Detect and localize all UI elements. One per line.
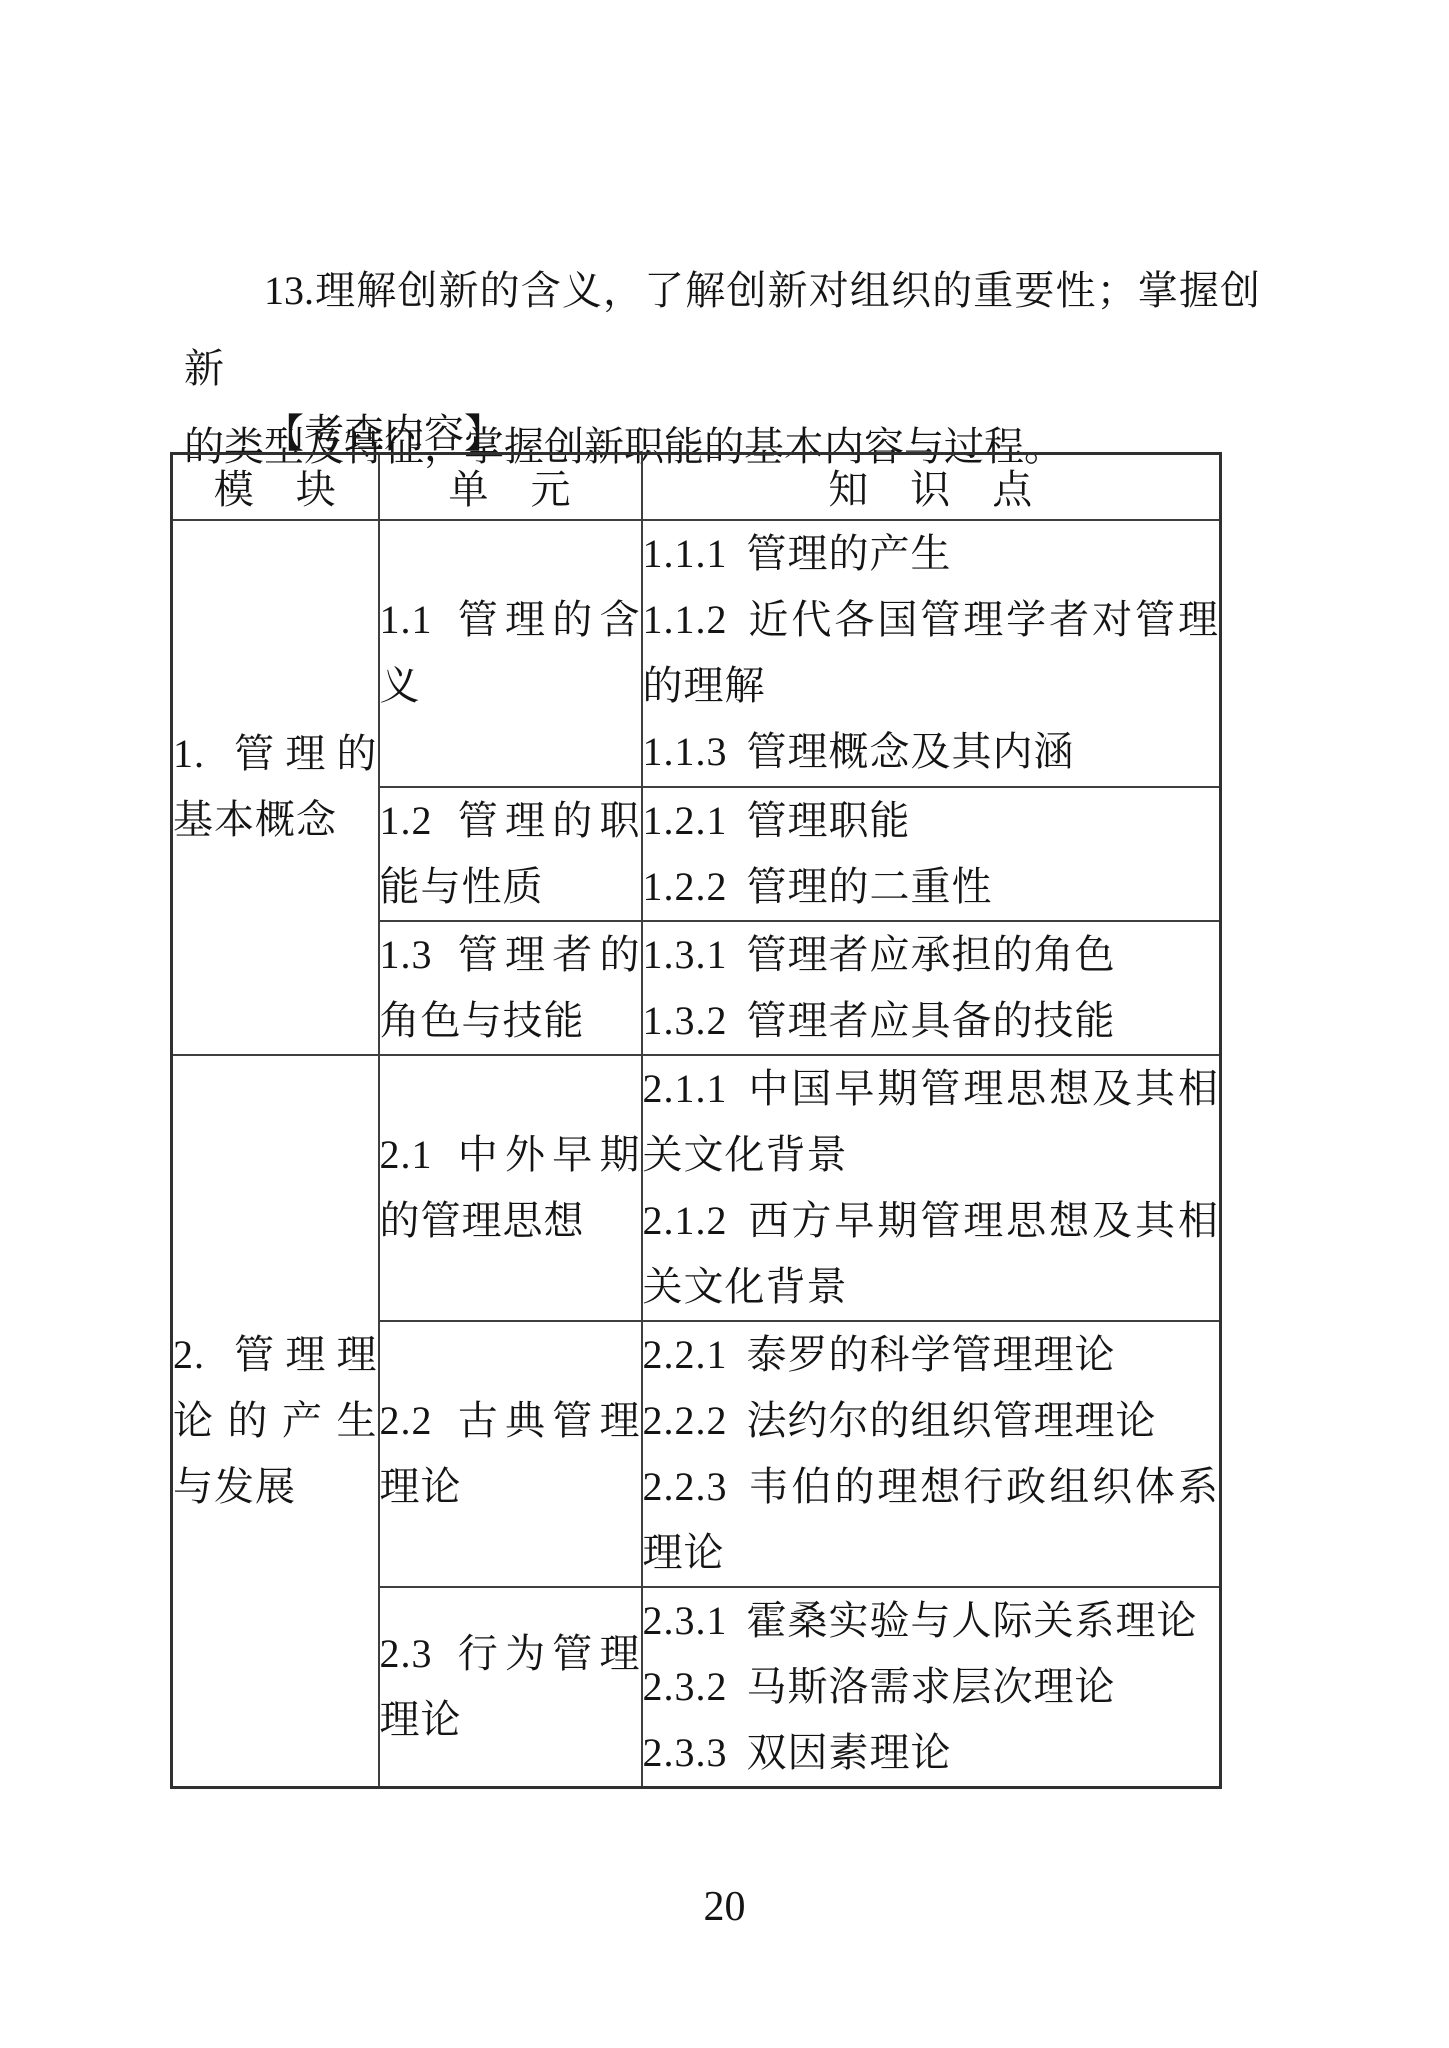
text-line: 的管理思想 (380, 1188, 641, 1254)
text-line: 1.1 管理的含 (380, 587, 641, 653)
text-line: 1.1.1 管理的产生 (643, 521, 1220, 587)
text-line: 2.2 古典管理 (380, 1388, 641, 1454)
text-line: 理论 (380, 1687, 641, 1753)
knowledge-points-cell: 1.3.1 管理者应承担的角色 1.3.2 管理者应具备的技能 (642, 921, 1221, 1055)
text-line: 1.1.3 管理概念及其内涵 (643, 719, 1220, 785)
text-line: 1.3 管理者的 (380, 922, 641, 988)
module-cell: 1. 管理的 基本概念 (172, 520, 379, 1055)
knowledge-points-cell: 1.1.1 管理的产生 1.1.2 近代各国管理学者对管理 的理解 1.1.3 … (642, 520, 1221, 787)
exam-content-table: 模 块 单 元 知 识 点 1. 管理的 基本概念 1.1 管理的含 义 1.1… (170, 452, 1222, 1789)
table-row: 2. 管理理 论的产生 与发展 2.1 中外早期 的管理思想 2.1.1 中国早… (172, 1055, 1221, 1321)
unit-cell: 1.3 管理者的 角色与技能 (379, 921, 642, 1055)
text-line: 关文化背景 (643, 1254, 1220, 1320)
text-line: 与发展 (173, 1454, 378, 1520)
unit-cell: 2.2 古典管理 理论 (379, 1321, 642, 1587)
paragraph-line: 13.理解创新的含义，了解创新对组织的重要性；掌握创新 (184, 252, 1260, 408)
text-line: 义 (380, 653, 641, 719)
text-line: 1.2 管理的职 (380, 788, 641, 854)
module-cell: 2. 管理理 论的产生 与发展 (172, 1055, 379, 1788)
unit-cell: 1.2 管理的职 能与性质 (379, 787, 642, 921)
text-line: 理论 (643, 1520, 1220, 1586)
text-line: 1.3.1 管理者应承担的角色 (643, 922, 1220, 988)
knowledge-points-cell: 2.3.1 霍桑实验与人际关系理论 2.3.2 马斯洛需求层次理论 2.3.3 … (642, 1587, 1221, 1788)
text-line: 1.3.2 管理者应具备的技能 (643, 988, 1220, 1054)
text-line: 2.1.2 西方早期管理思想及其相 (643, 1188, 1220, 1254)
text-line: 2.1.1 中国早期管理思想及其相 (643, 1056, 1220, 1122)
unit-cell: 2.3 行为管理 理论 (379, 1587, 642, 1788)
table-header-row: 模 块 单 元 知 识 点 (172, 454, 1221, 520)
knowledge-points-cell: 2.1.1 中国早期管理思想及其相 关文化背景 2.1.2 西方早期管理思想及其… (642, 1055, 1221, 1321)
text-line: 关文化背景 (643, 1122, 1220, 1188)
unit-cell: 1.1 管理的含 义 (379, 520, 642, 787)
text-line: 能与性质 (380, 854, 641, 920)
text-line: 1. 管理的 (173, 721, 378, 787)
text-line: 2.2.3 韦伯的理想行政组织体系 (643, 1454, 1220, 1520)
text-line: 理论 (380, 1454, 641, 1520)
text-line: 2. 管理理 (173, 1322, 378, 1388)
text-line: 2.3.3 双因素理论 (643, 1720, 1220, 1786)
text-line: 基本概念 (173, 787, 378, 853)
text-line: 2.2.2 法约尔的组织管理理论 (643, 1388, 1220, 1454)
unit-cell: 2.1 中外早期 的管理思想 (379, 1055, 642, 1321)
text-line: 角色与技能 (380, 988, 641, 1054)
text-line: 1.1.2 近代各国管理学者对管理 (643, 587, 1220, 653)
table-row: 1. 管理的 基本概念 1.1 管理的含 义 1.1.1 管理的产生 1.1.2… (172, 520, 1221, 787)
text-line: 2.2.1 泰罗的科学管理理论 (643, 1322, 1220, 1388)
header-cell-knowledge: 知 识 点 (642, 454, 1221, 520)
header-cell-unit: 单 元 (379, 454, 642, 520)
knowledge-points-cell: 2.2.1 泰罗的科学管理理论 2.2.2 法约尔的组织管理理论 2.2.3 韦… (642, 1321, 1221, 1587)
knowledge-points-cell: 1.2.1 管理职能 1.2.2 管理的二重性 (642, 787, 1221, 921)
page-number: 20 (0, 1882, 1449, 1932)
text-line: 1.2.2 管理的二重性 (643, 854, 1220, 920)
text-line: 2.3.2 马斯洛需求层次理论 (643, 1654, 1220, 1720)
text-line: 2.1 中外早期 (380, 1122, 641, 1188)
text-line: 2.3.1 霍桑实验与人际关系理论 (643, 1588, 1220, 1654)
text-line: 的理解 (643, 653, 1220, 719)
header-cell-module: 模 块 (172, 454, 379, 520)
text-line: 1.2.1 管理职能 (643, 788, 1220, 854)
text-line: 论的产生 (173, 1388, 378, 1454)
text-line: 2.3 行为管理 (380, 1621, 641, 1687)
document-page: 13.理解创新的含义，了解创新对组织的重要性；掌握创新 的类型及特征，掌握创新职… (0, 0, 1449, 2048)
